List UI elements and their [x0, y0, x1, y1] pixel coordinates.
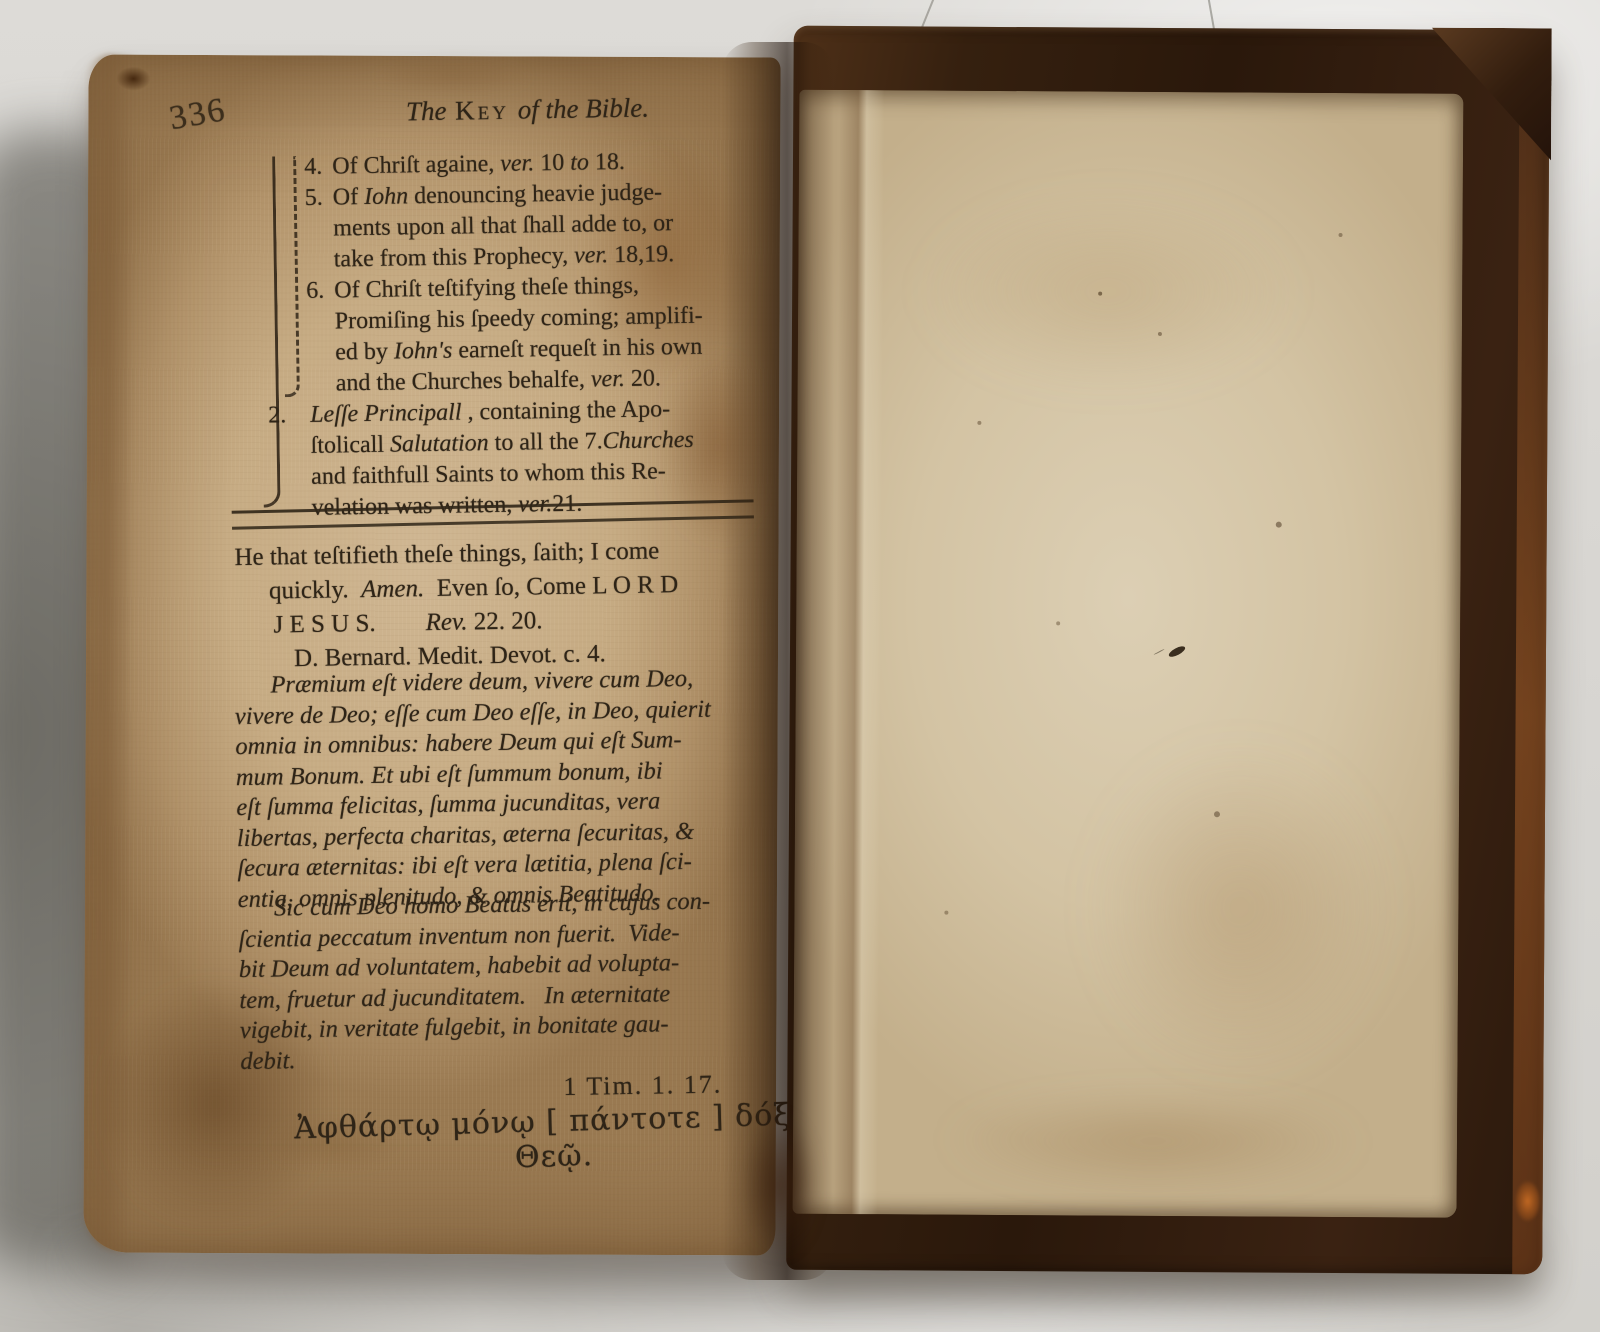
book-gutter-shadow-bottom: [730, 1090, 830, 1280]
back-cover-leather: [786, 26, 1550, 1275]
running-head-pre: The: [406, 96, 454, 127]
stain: [857, 160, 1359, 423]
outline-item-number: 4.: [290, 152, 332, 184]
outline-item-text: Of Iohn denouncing heavie judge-ments up…: [333, 176, 766, 276]
foxing-dots: [1098, 292, 1102, 296]
running-head: The Key of the Bible.: [267, 90, 787, 129]
outline-list: 4.Of Chriſt againe, ver. 10 to 18.5.Of I…: [290, 145, 770, 524]
outline-item-number: 2.: [268, 400, 310, 432]
stain: [873, 1074, 1434, 1207]
latin-paragraph-1: Præmium eſt videre deum, vivere cum Deo,…: [234, 662, 802, 915]
stain: [1043, 691, 1436, 1123]
book-photo: { "colors": { "ink": "#2e2417", "left_pa…: [0, 0, 1600, 1332]
outline-item: 6.Of Chriſt teſtifying theſe things,Prom…: [292, 269, 768, 400]
outline-item-number: 5.: [291, 183, 333, 215]
running-head-keyword: Key: [453, 95, 511, 126]
outline-item-number: 6.: [292, 275, 334, 307]
running-head-post: of the Bible.: [511, 93, 649, 125]
outline-item-text: Of Chriſt teſtifying theſe things,Promiſ…: [334, 269, 768, 400]
left-page: 336 The Key of the Bible. 4.Of Chriſt ag…: [83, 54, 780, 1255]
closing-paragraph: He that teſtifieth theſe things, ſaith; …: [234, 532, 796, 677]
page-number: 336: [167, 91, 230, 138]
pastedown-page: [793, 90, 1464, 1218]
leather-damage-spot: [1515, 1180, 1541, 1222]
latin-paragraph-2: Sic cum Deo homo Beatus erit, in cujus c…: [238, 885, 805, 1077]
pastedown-crease: [833, 90, 890, 1214]
ink-speck: [1167, 644, 1186, 659]
outline-item: 5.Of Iohn denouncing heavie judge-ments …: [291, 176, 766, 276]
printed-text-block: 336 The Key of the Bible. 4.Of Chriſt ag…: [77, 51, 788, 1260]
